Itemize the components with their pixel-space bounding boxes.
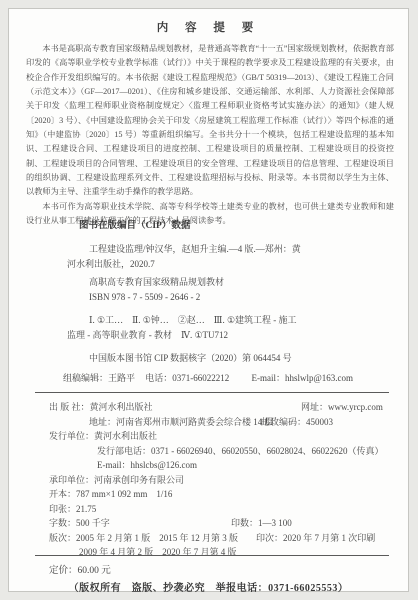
word-count: 字数：500 千字 (49, 518, 110, 528)
publisher-address: 地址：河南省郑州市顺河路黄委会综合楼 14 层 (89, 417, 274, 427)
divider-top (35, 392, 389, 393)
distributor: 发行单位：黄河水利出版社 (49, 431, 157, 441)
edition-history-1: 版次：2005 年 2 月第 1 版 2015 年 12 月第 3 版 (49, 533, 238, 543)
distributor-email-row: E-mail：hhslcbs@126.com (49, 458, 394, 473)
acquisition-editor-row: 组稿编辑：王路平 电话：0371-66022212 E-mail：hhslwlp… (63, 371, 353, 384)
book-copyright-page: 内 容 提 要 本书是高职高专教育国家级精品规划教材，是普通高等教育“十一五”国… (8, 8, 409, 592)
abstract-paragraph-1: 本书是高职高专教育国家级精品规划教材，是普通高等教育“十一五”国家级规划教材，依… (26, 42, 394, 200)
cip-title-line-1: 工程建设监理/钟汉华，赵旭升主编.—4 版.—郑州：黄 (67, 242, 408, 257)
website: 网址：www.yrcp.com (301, 400, 383, 415)
edition-row-2: 2009 年 4 月第 2 版 2020 年 7 月第 4 版 (49, 545, 394, 560)
editor-phone: 电话：0371-66022212 (145, 373, 229, 383)
copyright-notice: （版权所有 盗版、抄袭必究 举报电话：0371-66025553） (9, 579, 408, 594)
colophon-section: 出 版 社：黄河水利出版社 网址：www.yrcp.com 地址：河南省郑州市顺… (49, 400, 394, 560)
edition-row-1: 版次：2005 年 2 月第 1 版 2015 年 12 月第 3 版 印次：2… (49, 531, 394, 546)
print-run: 印数：1—3 100 (231, 516, 292, 531)
impression: 印次：2020 年 7 月第 1 次印刷 (256, 531, 375, 546)
format-row: 开本：787 mm×1 092 mm 1/16 (49, 487, 394, 502)
publisher-row: 出 版 社：黄河水利出版社 网址：www.yrcp.com (49, 400, 394, 415)
words-copies-row: 字数：500 千字 印数：1—3 100 (49, 516, 394, 531)
cip-section: 图书在版编目（CIP）数据 工程建设监理/钟汉华，赵旭升主编.—4 版.—郑州：… (9, 217, 408, 366)
book-format: 开本：787 mm×1 092 mm 1/16 (49, 489, 172, 499)
page-title: 内 容 提 要 (9, 19, 408, 35)
printer: 承印单位：河南承创印务有限公司 (49, 475, 184, 485)
editor-name: 组稿编辑：王路平 (63, 373, 135, 383)
abstract-section: 本书是高职高专教育国家级精品规划教材，是普通高等教育“十一五”国家级规划教材，依… (26, 42, 394, 228)
editor-email: E-mail：hhslwlp@163.com (252, 373, 354, 383)
printed-sheets: 印张：21.75 (49, 504, 96, 514)
price: 定价：60.00 元 (49, 562, 111, 576)
printer-row: 承印单位：河南承创印务有限公司 (49, 473, 394, 488)
publisher: 出 版 社：黄河水利出版社 (49, 402, 153, 412)
cip-record-number: 中国版本图书馆 CIP 数据核字（2020）第 064454 号 (67, 351, 408, 366)
distributor-phone: 发行部电话：0371 - 66026940、66020550、66028024、… (97, 446, 384, 456)
distributor-phone-row: 发行部电话：0371 - 66026940、66020550、66028024、… (49, 444, 394, 459)
cip-body: 工程建设监理/钟汉华，赵旭升主编.—4 版.—郑州：黄 河水利出版社，2020.… (67, 242, 408, 366)
cip-heading: 图书在版编目（CIP）数据 (79, 217, 408, 231)
cip-classification-line-2: 监理 - 高等职业教育 - 教材 Ⅳ. ①TU712 (67, 328, 408, 343)
postcode: 邮政编码：450003 (261, 415, 333, 430)
sheets-row: 印张：21.75 (49, 502, 394, 517)
cip-series: 高职高专教育国家级精品规划教材 (67, 275, 408, 290)
distributor-email: E-mail：hhslcbs@126.com (97, 460, 197, 470)
cip-title-line-2: 河水利出版社，2020.7 (67, 257, 408, 272)
divider-bottom (35, 555, 389, 556)
distributor-row: 发行单位：黄河水利出版社 (49, 429, 394, 444)
cip-classification-line-1: Ⅰ. ①工… Ⅱ. ①钟… ②赵… Ⅲ. ①建筑工程 - 施工 (67, 313, 408, 328)
address-row: 地址：河南省郑州市顺河路黄委会综合楼 14 层 邮政编码：450003 (49, 415, 394, 430)
cip-isbn: ISBN 978 - 7 - 5509 - 2646 - 2 (67, 290, 408, 305)
